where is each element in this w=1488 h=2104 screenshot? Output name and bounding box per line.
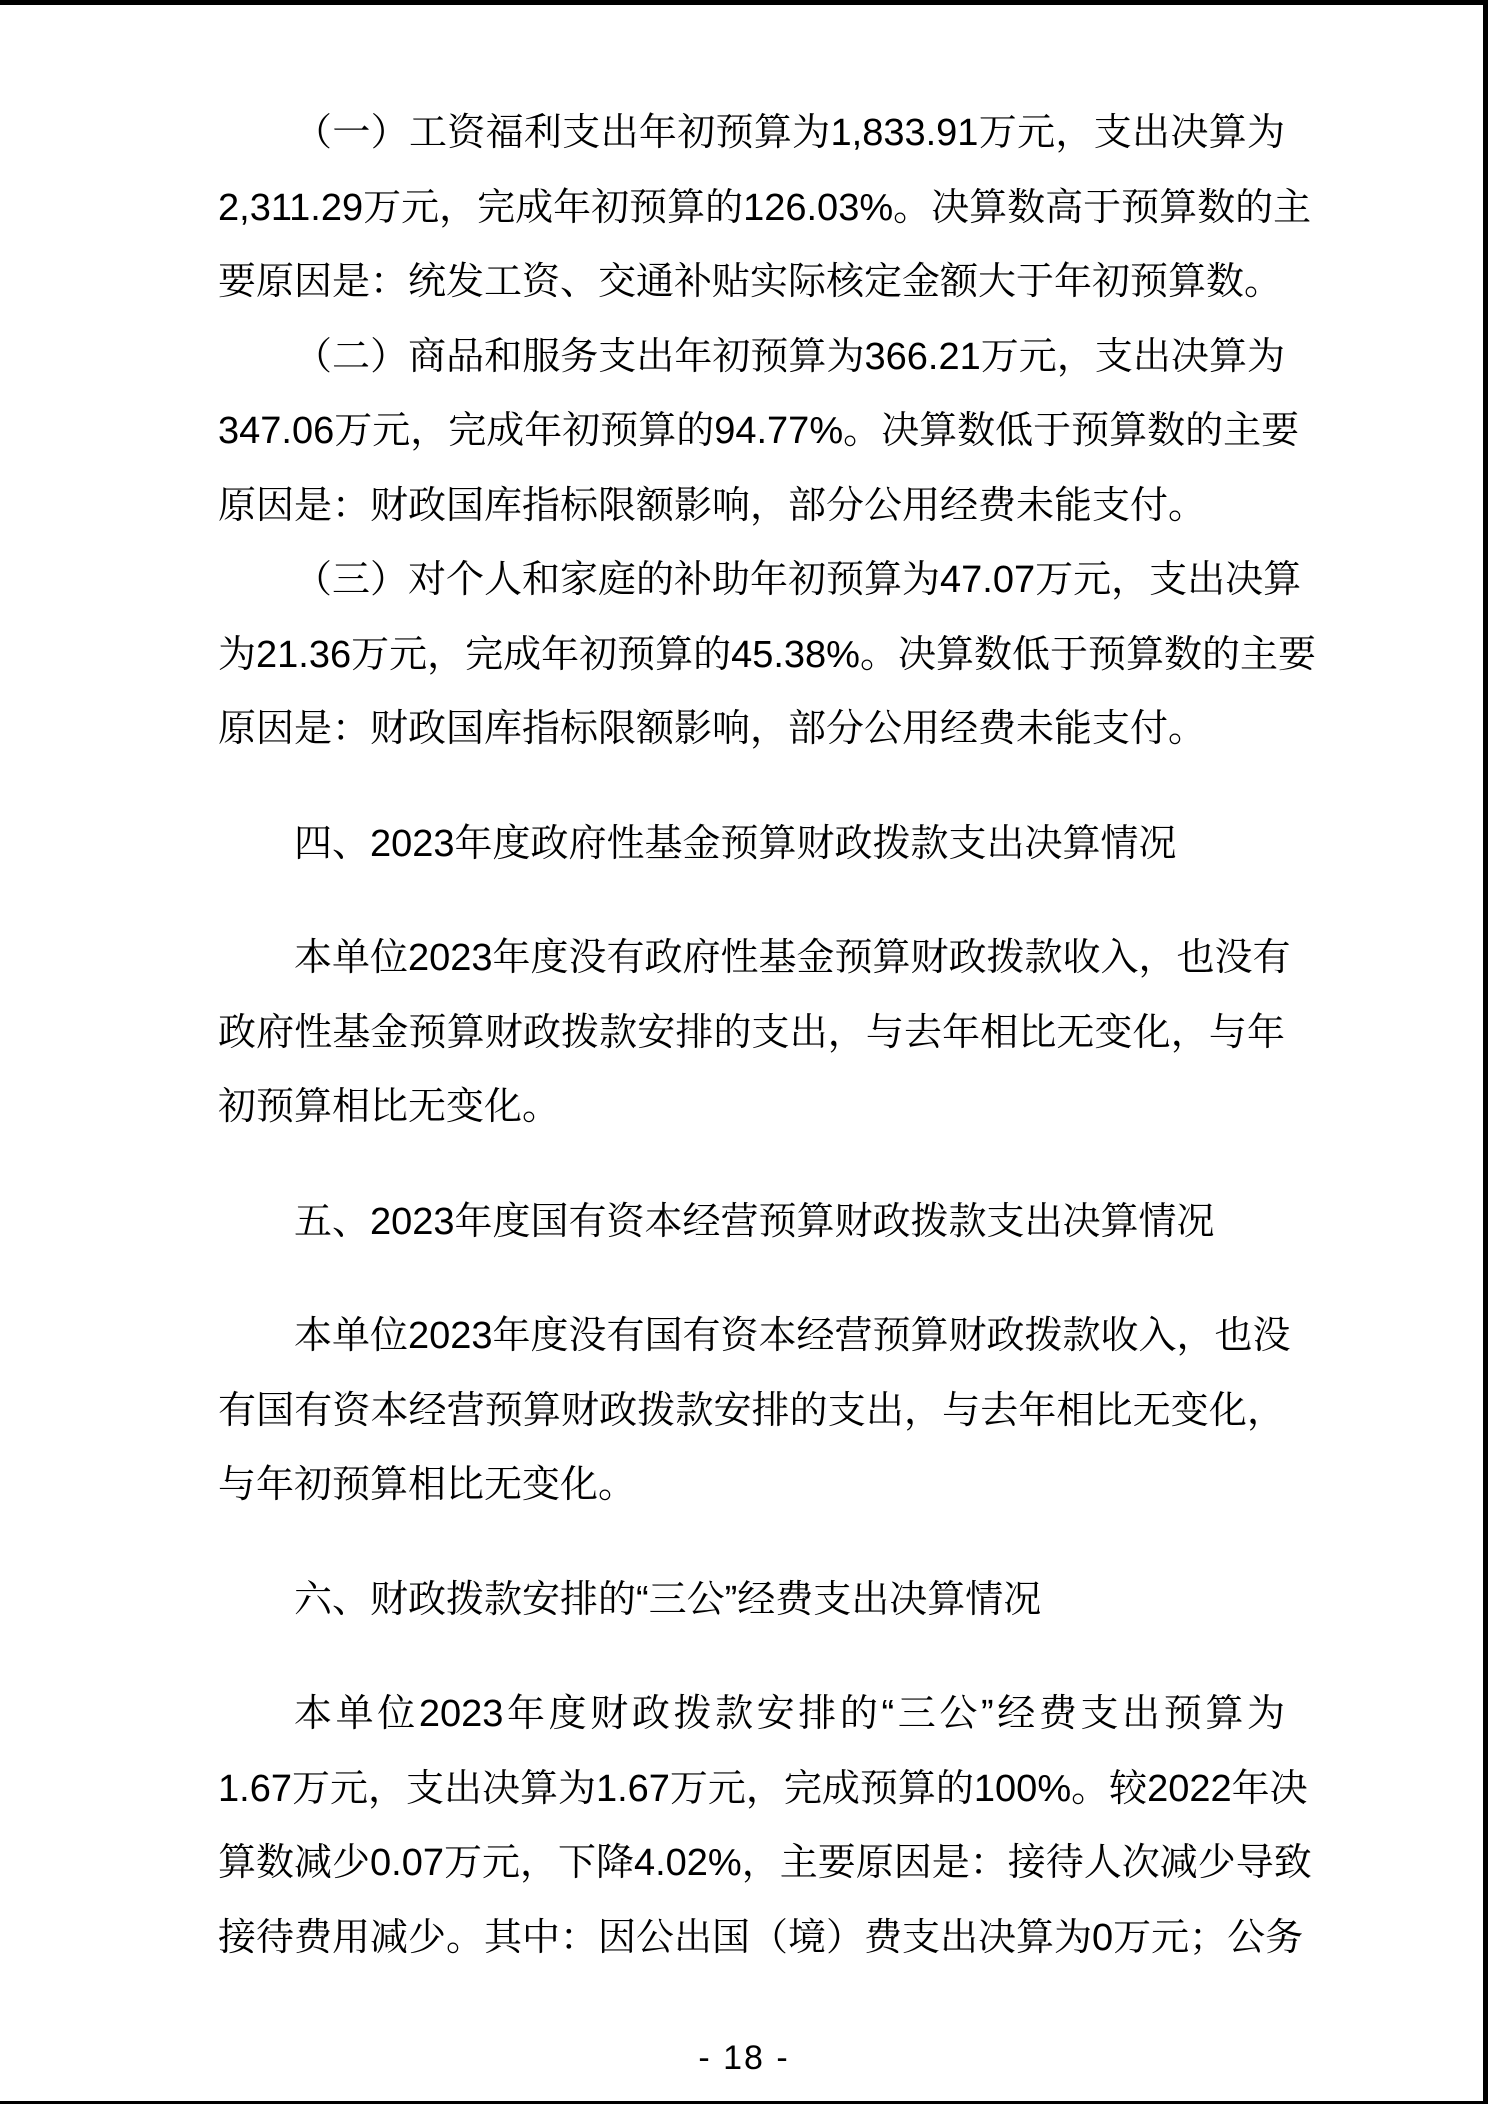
text-line: 1.67万元，支出决算为1.67万元，完成预算的100%。较2022年决 [218, 1752, 1285, 1827]
text-line: 有国有资本经营预算财政拨款安排的支出，与去年相比无变化， [218, 1374, 1285, 1449]
text-line: 本单位2023年度没有国有资本经营预算财政拨款收入，也没 [218, 1299, 1285, 1374]
text-line: 与年初预算相比无变化。 [218, 1448, 1285, 1523]
section-heading: 五、2023年度国有资本经营预算财政拨款支出决算情况 [218, 1185, 1285, 1260]
section-heading: 六、财政拨款安排的“三公”经费支出决算情况 [218, 1563, 1285, 1638]
page-number: - 18 - [0, 2038, 1488, 2078]
text-line: 算数减少0.07万元，下降4.02%，主要原因是：接待人次减少导致 [218, 1826, 1285, 1901]
text-line: 初预算相比无变化。 [218, 1070, 1285, 1145]
text-line: 347.06万元，完成年初预算的94.77%。决算数低于预算数的主要 [218, 394, 1285, 469]
section-heading: 四、2023年度政府性基金预算财政拨款支出决算情况 [218, 807, 1285, 882]
document-page: （一）工资福利支出年初预算为1,833.91万元，支出决算为2,311.29万元… [0, 0, 1488, 2104]
text-line: （二）商品和服务支出年初预算为366.21万元，支出决算为 [218, 320, 1285, 395]
text-line: 2,311.29万元，完成年初预算的126.03%。决算数高于预算数的主 [218, 171, 1285, 246]
text-line: 原因是：财政国库指标限额影响，部分公用经费未能支付。 [218, 692, 1285, 767]
text-line: 要原因是：统发工资、交通补贴实际核定金额大于年初预算数。 [218, 245, 1285, 320]
text-line: （一）工资福利支出年初预算为1,833.91万元，支出决算为 [218, 96, 1285, 171]
text-line: 政府性基金预算财政拨款安排的支出，与去年相比无变化，与年 [218, 996, 1285, 1071]
text-line: 本单位2023年度财政拨款安排的“三公”经费支出预算为 [218, 1677, 1285, 1752]
text-line: 接待费用减少。其中：因公出国（境）费支出决算为0万元；公务 [218, 1901, 1285, 1976]
document-content: （一）工资福利支出年初预算为1,833.91万元，支出决算为2,311.29万元… [218, 96, 1285, 1975]
text-line: 为21.36万元，完成年初预算的45.38%。决算数低于预算数的主要 [218, 618, 1285, 693]
text-line: 原因是：财政国库指标限额影响，部分公用经费未能支付。 [218, 469, 1285, 544]
scan-border-right [1483, 0, 1488, 2104]
text-line: （三）对个人和家庭的补助年初预算为47.07万元，支出决算 [218, 543, 1285, 618]
scan-border-top [0, 0, 1488, 5]
text-line: 本单位2023年度没有政府性基金预算财政拨款收入，也没有 [218, 921, 1285, 996]
